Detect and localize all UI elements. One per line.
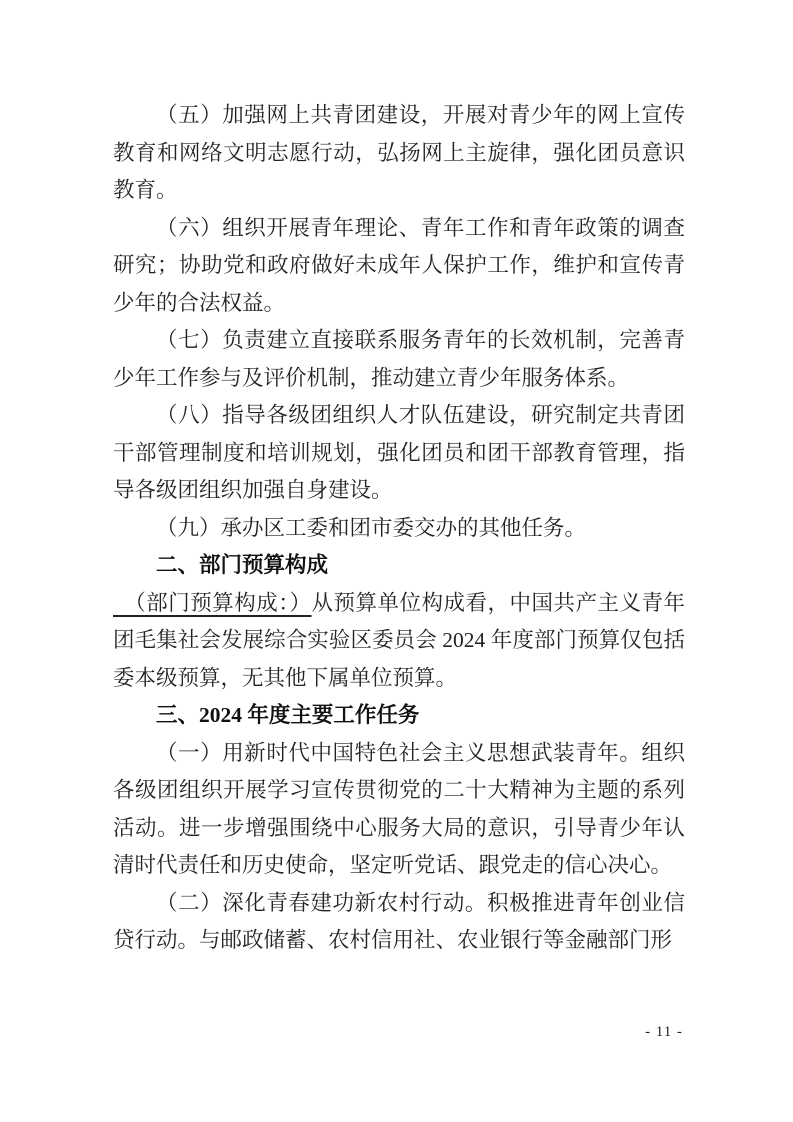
page-number: - 11 - [645, 1022, 683, 1042]
paragraph-task-1: （一）用新时代中国特色社会主义思想武装青年。组织各级团组织开展学习宣传贯彻党的二… [113, 735, 685, 885]
paragraph-item-8: （八）指导各级团组织人才队伍建设，研究制定共青团干部管理制度和培训规划，强化团员… [113, 397, 685, 510]
paragraph-item-5: （五）加强网上共青团建设，开展对青少年的网上宣传教育和网络文明志愿行动，弘扬网上… [113, 97, 685, 210]
paragraph-item-7: （七）负责建立直接联系服务青年的长效机制，完善青少年工作参与及评价机制，推动建立… [113, 322, 685, 397]
paragraph-item-9: （九）承办区工委和团市委交办的其他任务。 [113, 510, 685, 548]
paragraph-task-2: （二）深化青春建功新农村行动。积极推进青年创业信贷行动。与邮政储蓄、农村信用社、… [113, 885, 685, 960]
paragraph-budget-composition-body: （部门预算构成：）从预算单位构成看，中国共产主义青年团毛集社会发展综合实验区委员… [113, 585, 685, 698]
section-heading-budget-composition: 二、部门预算构成 [113, 547, 685, 585]
document-page: （五）加强网上共青团建设，开展对青少年的网上宣传教育和网络文明志愿行动，弘扬网上… [0, 0, 793, 1122]
paragraph-item-6: （六）组织开展青年理论、青年工作和青年政策的调查研究；协助党和政府做好未成年人保… [113, 210, 685, 323]
section-heading-2024-main-tasks: 三、2024 年度主要工作任务 [113, 697, 685, 735]
underlined-lead-text: （部门预算构成：） [113, 591, 312, 615]
document-body-text: （五）加强网上共青团建设，开展对青少年的网上宣传教育和网络文明志愿行动，弘扬网上… [113, 97, 685, 960]
